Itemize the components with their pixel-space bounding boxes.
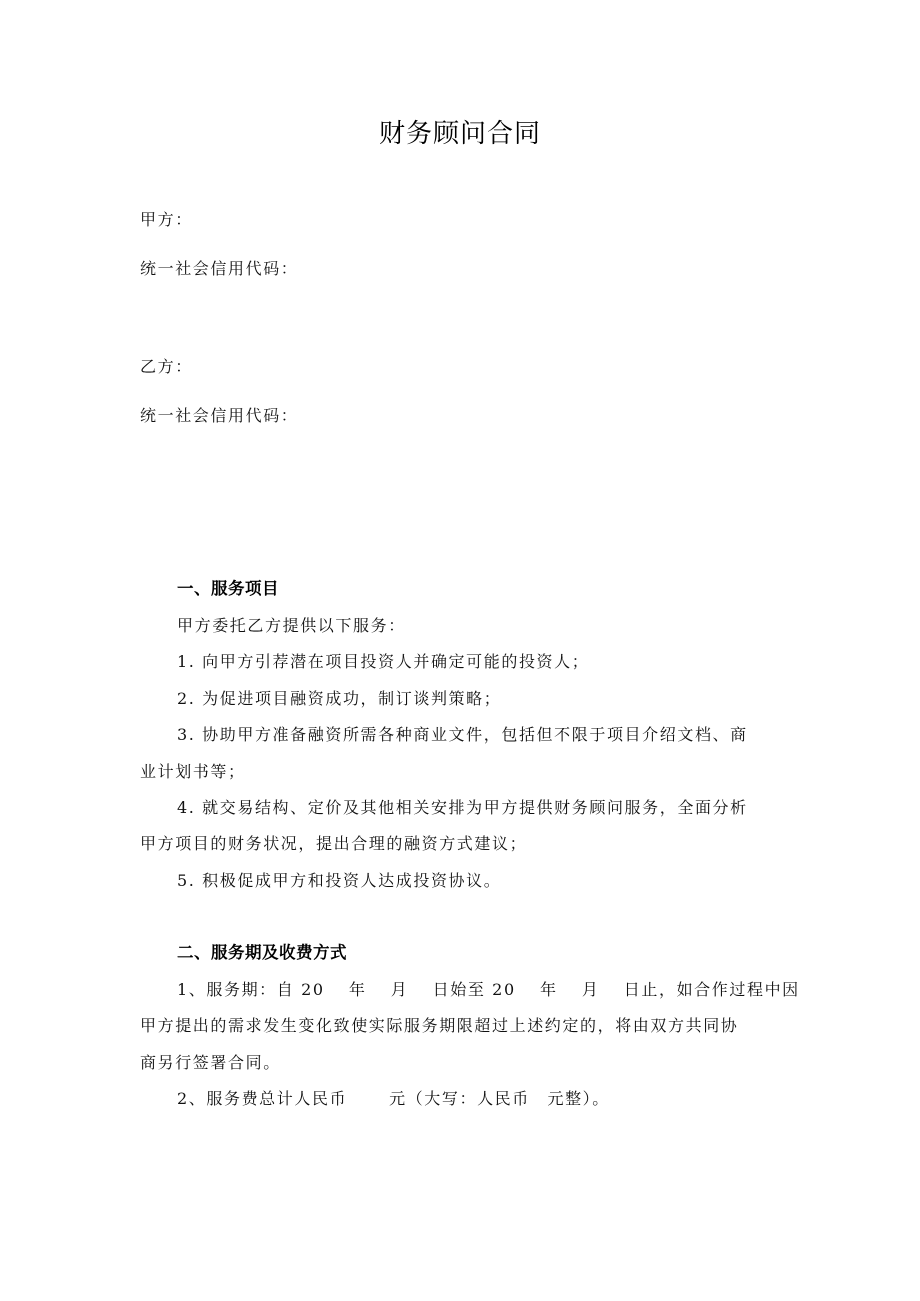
service-item-3-continued: 业计划书等； bbox=[140, 760, 780, 784]
service-period-clause-end: 商另行签署合同。 bbox=[140, 1051, 780, 1075]
service-item-2: 2. 为促进项目融资成功，制订谈判策略； bbox=[177, 687, 780, 711]
service-item-4-continued: 甲方项目的财务状况，提出合理的融资方式建议； bbox=[140, 832, 780, 856]
service-item-4: 4. 就交易结构、定价及其他相关安排为甲方提供财务顾问服务，全面分析 bbox=[177, 796, 780, 820]
service-fee-clause: 2、服务费总计人民币 元（大写：人民币 元整）。 bbox=[177, 1087, 780, 1111]
section-1-intro: 甲方委托乙方提供以下服务： bbox=[177, 614, 780, 638]
service-period-clause: 1、服务期：自 20 年 月 日始至 20 年 月 日止，如合作过程中因 bbox=[177, 978, 780, 1002]
section-2-heading: 二、服务期及收费方式 bbox=[177, 941, 347, 965]
document-page: 财务顾问合同 甲方： 统一社会信用代码： 乙方： 统一社会信用代码： 一、服务项… bbox=[0, 0, 920, 1301]
service-item-5: 5. 积极促成甲方和投资人达成投资协议。 bbox=[177, 869, 780, 893]
service-period-clause-continued: 甲方提出的需求发生变化致使实际服务期限超过上述约定的，将由双方共同协 bbox=[140, 1014, 780, 1038]
document-title: 财务顾问合同 bbox=[0, 116, 920, 152]
party-b-credit-code-label: 统一社会信用代码： bbox=[140, 404, 780, 428]
service-item-1: 1. 向甲方引荐潜在项目投资人并确定可能的投资人； bbox=[177, 650, 780, 674]
section-1-heading: 一、服务项目 bbox=[177, 577, 279, 601]
party-b-label: 乙方： bbox=[140, 355, 780, 379]
party-a-label: 甲方： bbox=[140, 208, 780, 232]
service-item-3: 3. 协助甲方准备融资所需各种商业文件，包括但不限于项目介绍文档、商 bbox=[177, 723, 780, 747]
party-a-credit-code-label: 统一社会信用代码： bbox=[140, 257, 780, 281]
